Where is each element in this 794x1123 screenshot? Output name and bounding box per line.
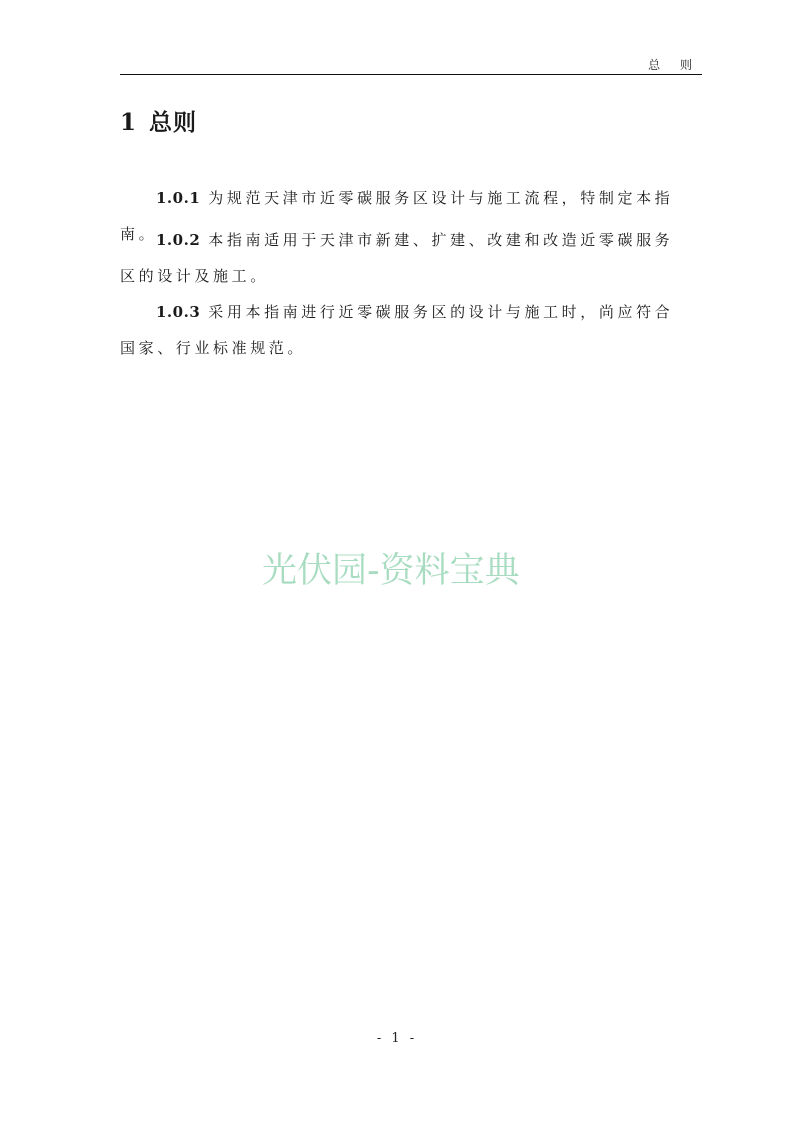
clause-number: 1.0.3 <box>120 303 200 321</box>
clause-1-0-2: 1.0.2本指南适用于天津市新建、扩建、改建和改造近零碳服务区的设计及施工。 <box>120 222 690 294</box>
clause-1-0-3: 1.0.3采用本指南进行近零碳服务区的设计与施工时，尚应符合国家、行业标准规范。 <box>120 294 690 366</box>
chapter-number: 1 <box>120 109 137 136</box>
running-header-title: 总 则 <box>648 56 700 73</box>
clause-text: 采用本指南进行近零碳服务区的设计与施工时，尚应符合国家、行业标准规范。 <box>120 303 673 357</box>
page-number: - 1 - <box>0 1031 794 1046</box>
watermark: 光伏园-资料宝典 <box>262 543 520 593</box>
clause-number: 1.0.2 <box>120 231 200 249</box>
running-header: 总 则 <box>120 56 702 75</box>
clause-text: 本指南适用于天津市新建、扩建、改建和改造近零碳服务区的设计及施工。 <box>120 231 673 285</box>
chapter-title: 1总则 <box>120 104 197 137</box>
clause-number: 1.0.1 <box>120 189 200 207</box>
chapter-title-text: 总则 <box>149 109 197 136</box>
